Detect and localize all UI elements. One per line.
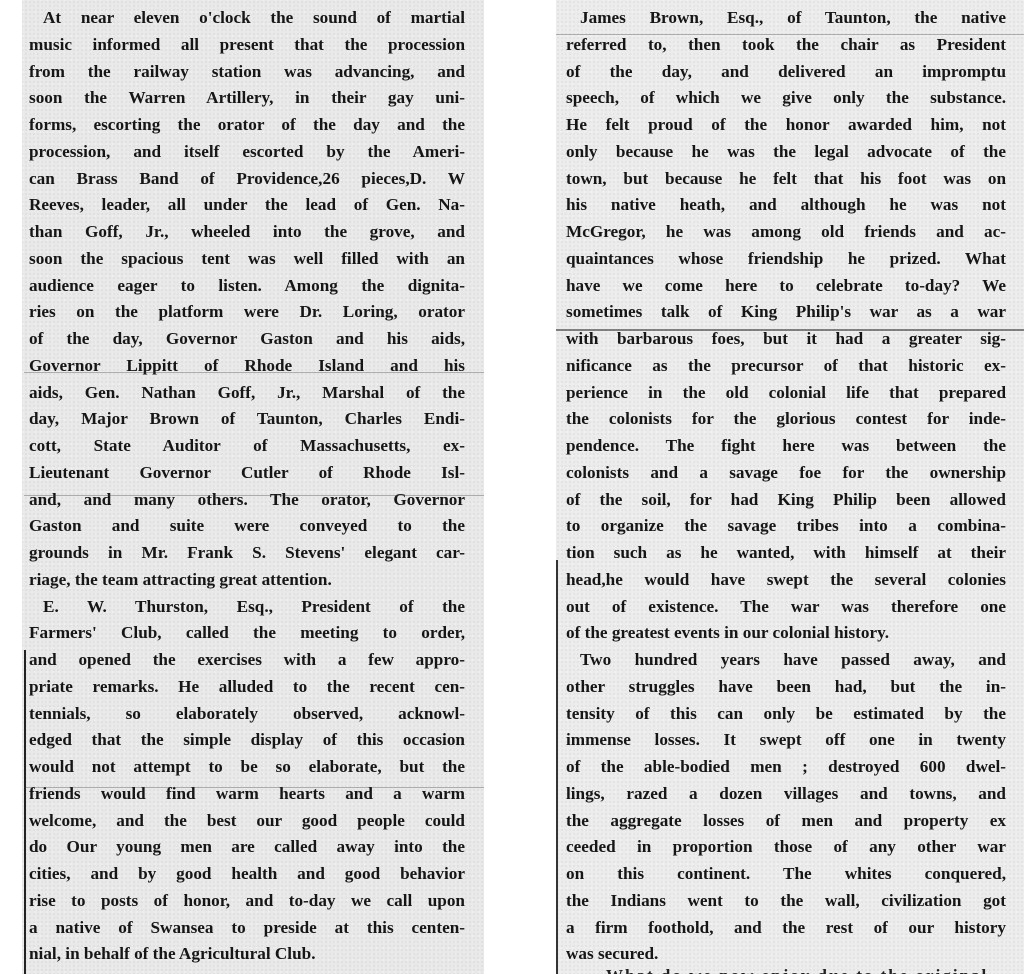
text-line: lings, razed a dozen villages and towns,… (566, 781, 1006, 808)
text-line: colonists and a savage foe for the owner… (566, 460, 1006, 487)
text-line: nificance as the precursor of that histo… (566, 353, 1006, 380)
scan-crease-line (556, 329, 1024, 331)
text-line: ries on the platform were Dr. Loring, or… (29, 299, 465, 326)
scan-crease-line (24, 787, 484, 788)
text-line: Two hundred years have passed away, and (566, 647, 1006, 674)
text-line: speech, of which we give only the substa… (566, 85, 1006, 112)
text-line: than Goff, Jr., wheeled into the grove, … (29, 219, 465, 246)
text-line: of the soil, for had King Philip been al… (566, 487, 1006, 514)
text-line: sometimes talk of King Philip's war as a… (566, 299, 1006, 326)
text-line: pendence. The fight here was between the (566, 433, 1006, 460)
text-line: the colonists for the glorious contest f… (566, 406, 1006, 433)
text-line: cities, and by good health and good beha… (29, 861, 465, 888)
text-line: can Brass Band of Providence,26 pieces,D… (29, 166, 465, 193)
left-column-clipping: At near eleven o'clock the sound of mart… (22, 0, 484, 974)
text-line: E. W. Thurston, Esq., President of the (29, 594, 465, 621)
text-line: and opened the exercises with a few appr… (29, 647, 465, 674)
text-line: priate remarks. He alluded to the recent… (29, 674, 465, 701)
text-line: edged that the simple display of this oc… (29, 727, 465, 754)
text-line: of the able-bodied men ; destroyed 600 d… (566, 754, 1006, 781)
text-line: his native heath, and although he was no… (566, 192, 1006, 219)
text-line: forms, escorting the orator of the day a… (29, 112, 465, 139)
text-line: At near eleven o'clock the sound of mart… (29, 5, 465, 32)
text-line: of the day, Governor Gaston and his aids… (29, 326, 465, 353)
text-line: audience eager to listen. Among the dign… (29, 273, 465, 300)
text-line: McGregor, he was among old friends and a… (566, 219, 1006, 246)
text-line: Governor Lippitt of Rhode Island and his (29, 353, 465, 380)
text-line: tensity of this can only be estimated by… (566, 701, 1006, 728)
text-line: riage, the team attracting great attenti… (29, 567, 465, 594)
text-line: Reeves, leader, all under the lead of Ge… (29, 192, 465, 219)
text-line: immense losses. It swept off one in twen… (566, 727, 1006, 754)
text-line: ceeded in proportion those of any other … (566, 834, 1006, 861)
scan-crease-line (24, 495, 484, 496)
text-line: procession, and itself escorted by the A… (29, 139, 465, 166)
cut-off-text-line: What do we now enjoy due to the original (606, 966, 1006, 974)
right-column-text: James Brown, Esq., of Taunton, the nativ… (566, 5, 1006, 968)
scan-crease-line (556, 34, 1024, 35)
text-line: rise to posts of honor, and to-day we ca… (29, 888, 465, 915)
text-line: soon the spacious tent was well filled w… (29, 246, 465, 273)
text-line: friends would find warm hearts and a war… (29, 781, 465, 808)
right-column-clipping: James Brown, Esq., of Taunton, the nativ… (556, 0, 1024, 974)
text-line: and, and many others. The orator, Govern… (29, 487, 465, 514)
text-line: He felt proud of the honor awarded him, … (566, 112, 1006, 139)
text-line: would not attempt to be so elaborate, bu… (29, 754, 465, 781)
text-line: the Indians went to the wall, civilizati… (566, 888, 1006, 915)
text-line: Gaston and suite were conveyed to the (29, 513, 465, 540)
text-line: do Our young men are called away into th… (29, 834, 465, 861)
text-line: perience in the old colonial life that p… (566, 380, 1006, 407)
text-line: nial, in behalf of the Agricultural Club… (29, 941, 465, 968)
text-line: welcome, and the best our good people co… (29, 808, 465, 835)
left-column-text: At near eleven o'clock the sound of mart… (29, 5, 465, 968)
text-line: head,he would have swept the several col… (566, 567, 1006, 594)
text-line: from the railway station was advancing, … (29, 59, 465, 86)
text-line: aids, Gen. Nathan Goff, Jr., Marshal of … (29, 380, 465, 407)
text-line: soon the Warren Artillery, in their gay … (29, 85, 465, 112)
text-line: music informed all present that the proc… (29, 32, 465, 59)
text-line: out of existence. The war was therefore … (566, 594, 1006, 621)
text-line: of the greatest events in our colonial h… (566, 620, 1006, 647)
text-line: cott, State Auditor of Massachusetts, ex… (29, 433, 465, 460)
text-line: grounds in Mr. Frank S. Stevens' elegant… (29, 540, 465, 567)
text-line: Lieutenant Governor Cutler of Rhode Isl- (29, 460, 465, 487)
text-line: Farmers' Club, called the meeting to ord… (29, 620, 465, 647)
text-line: James Brown, Esq., of Taunton, the nativ… (566, 5, 1006, 32)
text-line: on this continent. The whites conquered, (566, 861, 1006, 888)
text-line: day, Major Brown of Taunton, Charles End… (29, 406, 465, 433)
text-line: a native of Swansea to preside at this c… (29, 915, 465, 942)
text-line: was secured. (566, 941, 1006, 968)
scan-crease-line (24, 372, 484, 373)
text-line: referred to, then took the chair as Pres… (566, 32, 1006, 59)
text-line: tion such as he wanted, with himself at … (566, 540, 1006, 567)
text-line: have we come here to celebrate to-day? W… (566, 273, 1006, 300)
text-line: other struggles have been had, but the i… (566, 674, 1006, 701)
text-line: tennials, so elaborately observed, ackno… (29, 701, 465, 728)
text-line: the aggregate losses of men and property… (566, 808, 1006, 835)
text-line: quaintances whose friendship he prized. … (566, 246, 1006, 273)
text-line: town, but because he felt that his foot … (566, 166, 1006, 193)
text-line: a firm foothold, and the rest of our his… (566, 915, 1006, 942)
text-line: to organize the savage tribes into a com… (566, 513, 1006, 540)
text-line: only because he was the legal advocate o… (566, 139, 1006, 166)
text-line: of the day, and delivered an impromptu (566, 59, 1006, 86)
